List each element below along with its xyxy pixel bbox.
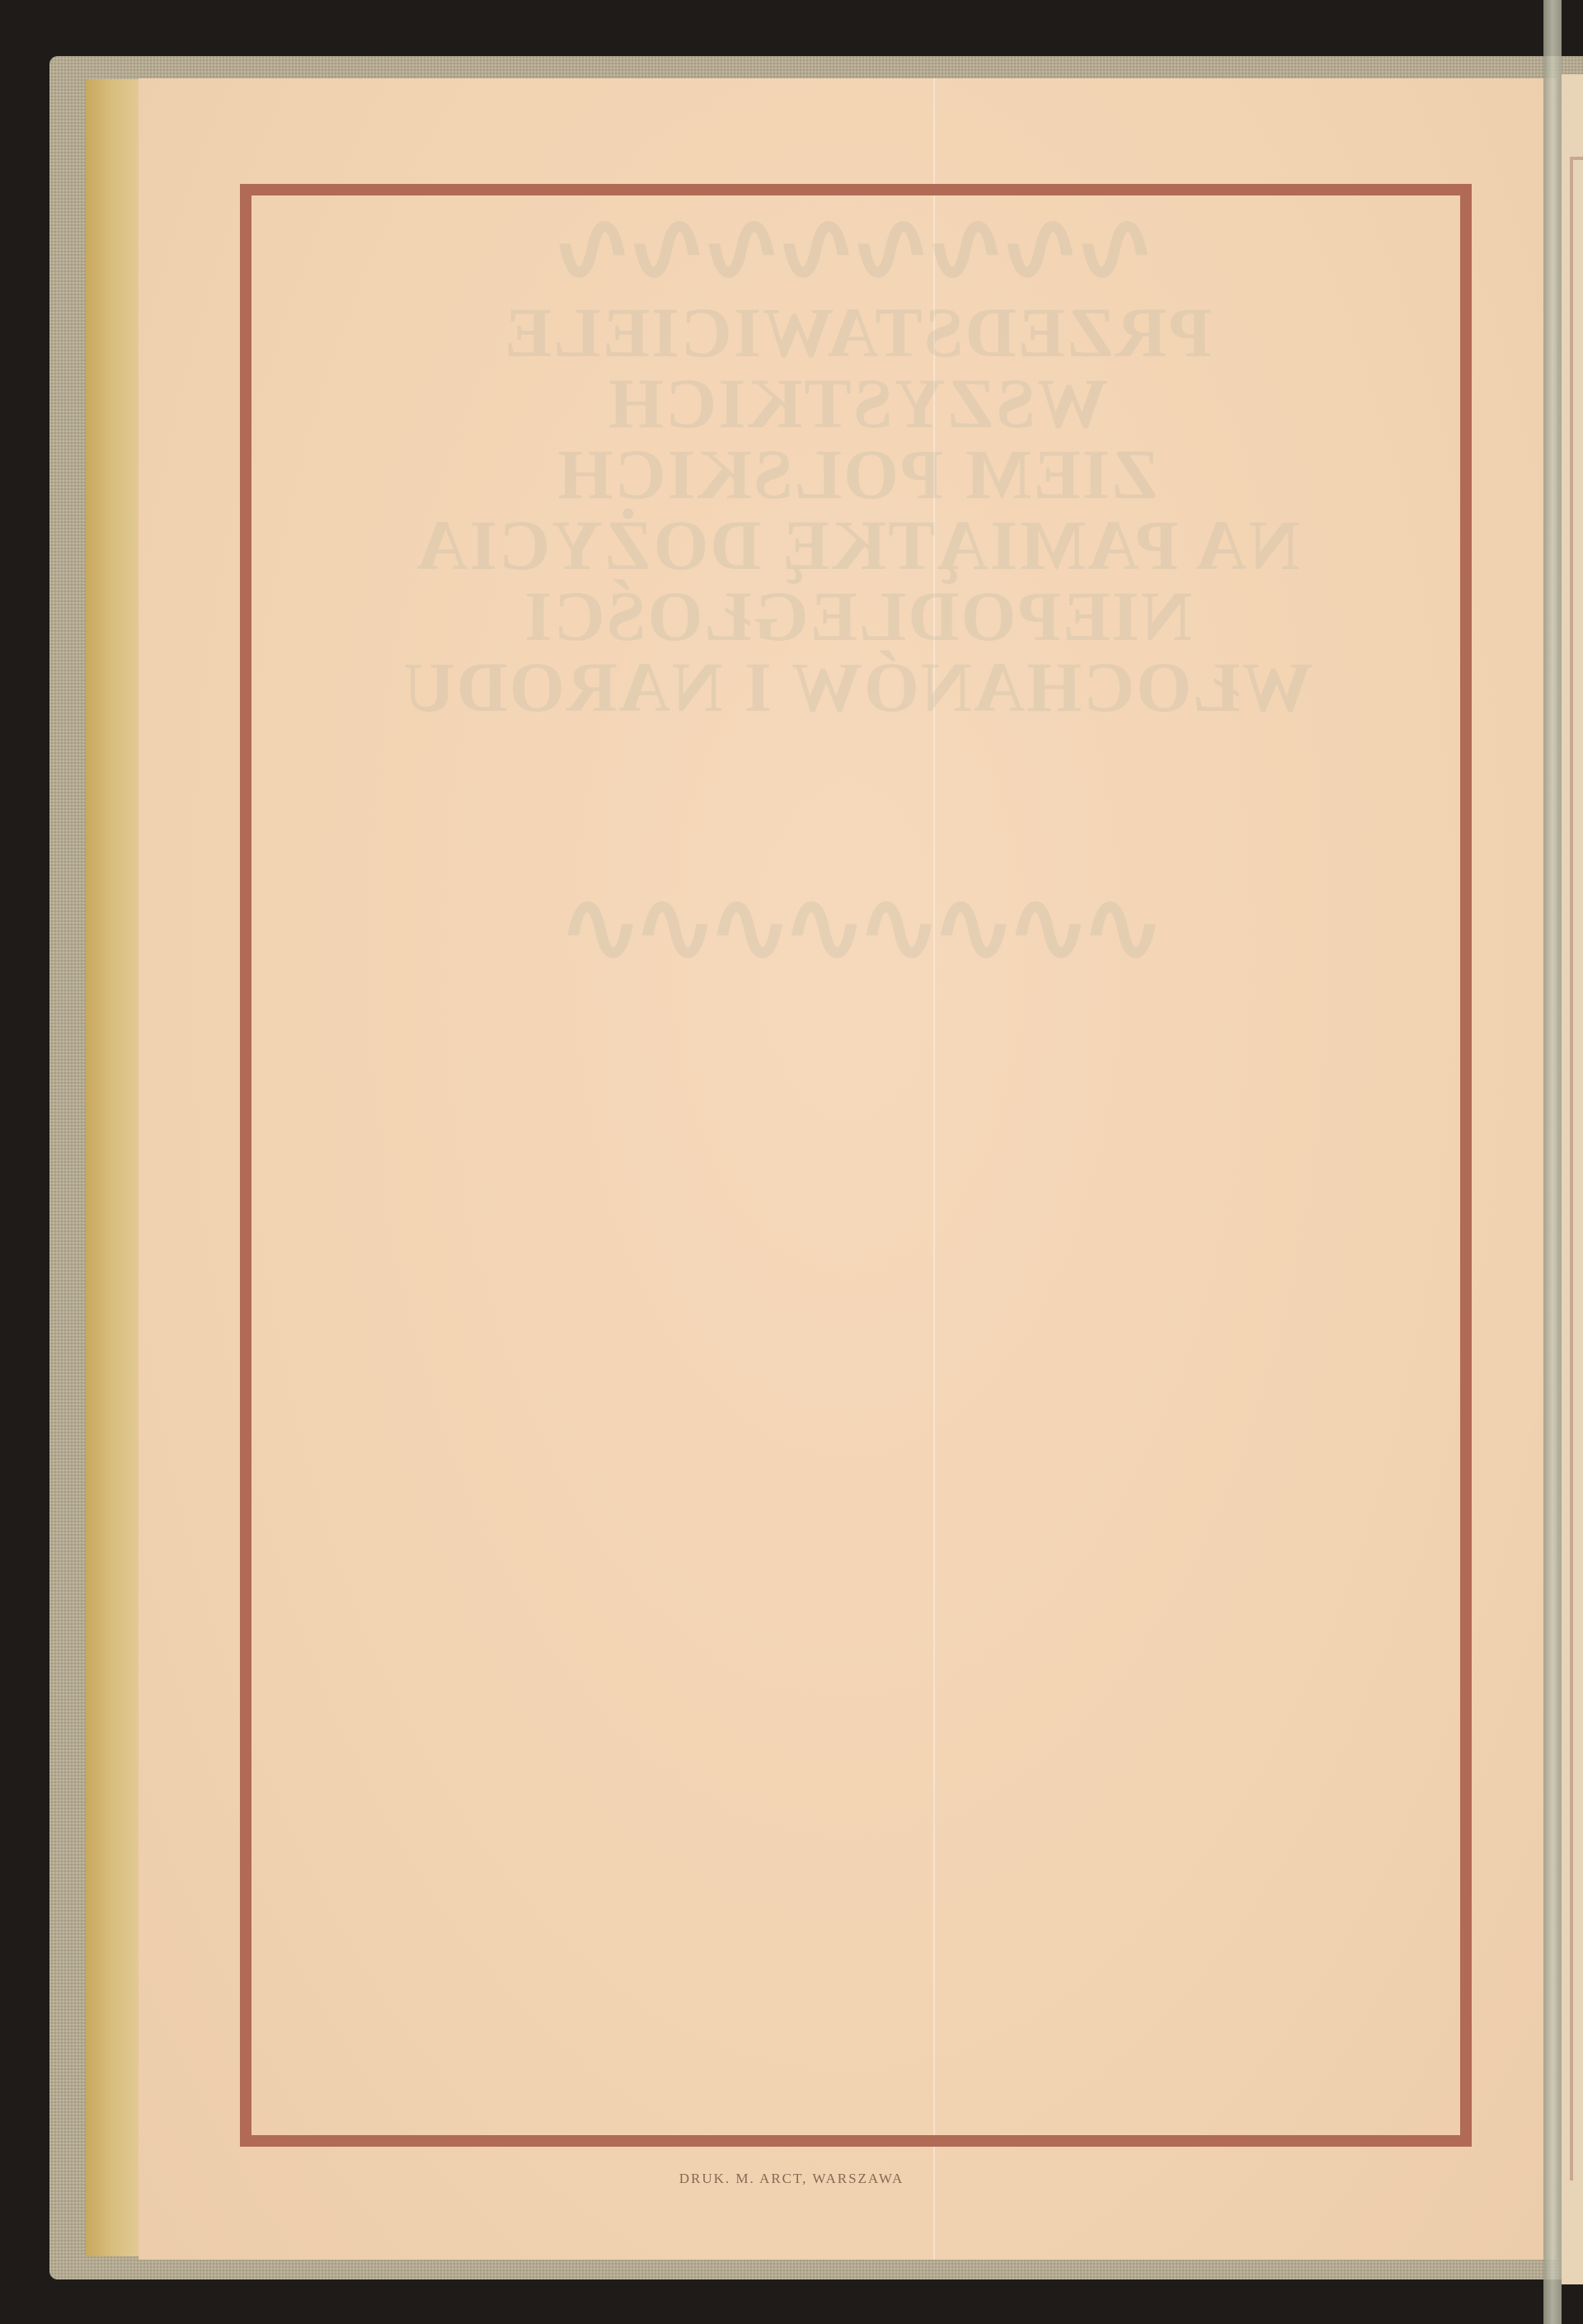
printer-imprint: DRUK. M. ARCT, WARSZAWA <box>0 2171 1583 2187</box>
adjacent-page-border <box>1570 157 1583 2181</box>
decorative-border-frame <box>240 184 1472 2147</box>
book-gutter <box>1543 0 1562 2324</box>
